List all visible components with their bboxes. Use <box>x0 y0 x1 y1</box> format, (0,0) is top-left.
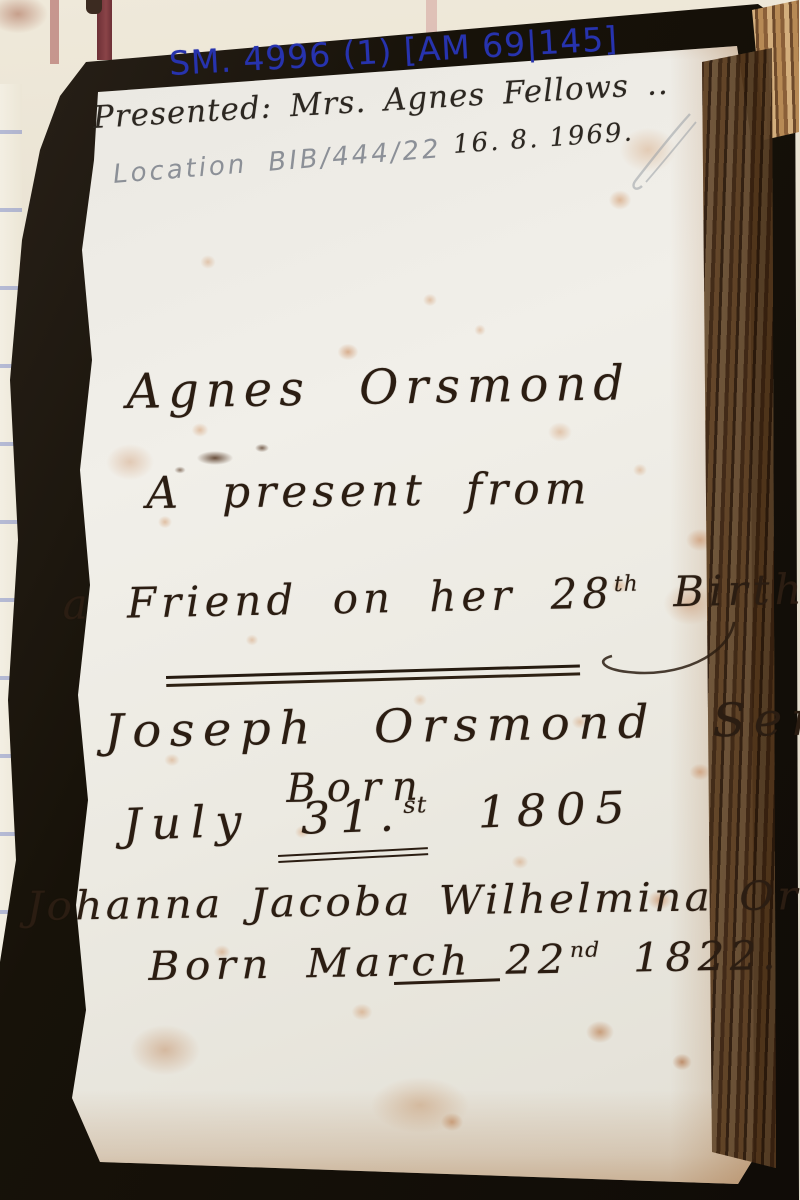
present-from-line: A present from <box>146 463 592 519</box>
father-birthdate-text: 1805 <box>427 782 635 840</box>
owner-name-inscription: Agnes Orsmond <box>126 355 631 420</box>
background-stripe <box>50 0 59 64</box>
ordinal-superscript: nd <box>570 938 601 963</box>
background-clip-shadow <box>86 0 102 14</box>
mother-birthdate-text: 1822. <box>600 933 781 982</box>
photo-of-book-flyleaf: SM. 4996 (1) [AM 69|145] Presented: Mrs.… <box>0 0 800 1200</box>
ordinal-superscript: th <box>614 572 639 598</box>
birthday-line-text: Birthday <box>638 563 800 617</box>
father-birthdate-text: July 31. <box>122 790 404 851</box>
flourish-stroke <box>582 616 742 686</box>
mother-birthdate-text: Born March 22 <box>148 937 570 990</box>
ordinal-superscript: st <box>403 792 428 819</box>
